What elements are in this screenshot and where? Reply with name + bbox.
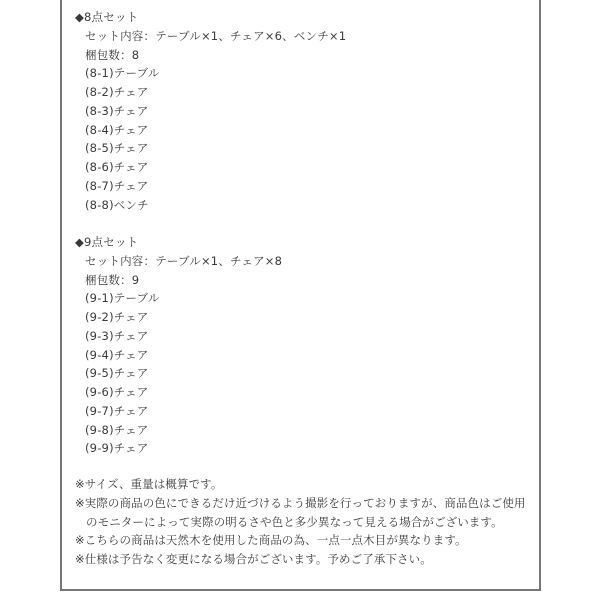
set-heading: ◆9点セット (75, 233, 535, 252)
note-size-weight: ※サイズ、重量は概算です。 (75, 475, 537, 494)
list-item: (9-1)テーブル (75, 289, 535, 308)
list-item: (9-2)チェア (75, 308, 535, 327)
set-contents: セット内容：テーブル×1、チェア×6、ベンチ×1 (75, 27, 535, 46)
list-item: (9-8)チェア (75, 421, 535, 440)
list-item: (9-5)チェア (75, 364, 535, 383)
list-item: (8-2)チェア (75, 83, 535, 102)
list-item: (8-1)テーブル (75, 64, 535, 83)
note-wood-grain: ※こちらの商品は天然木を使用した商品の為、一点一点木目が異なります。 (75, 531, 537, 550)
list-item: (8-8)ベンチ (75, 196, 535, 215)
list-item: (8-6)チェア (75, 158, 535, 177)
set-list: ◆8点セット セット内容：テーブル×1、チェア×6、ベンチ×1 梱包数：8 (8… (75, 8, 535, 458)
set-8: ◆8点セット セット内容：テーブル×1、チェア×6、ベンチ×1 梱包数：8 (8… (75, 8, 535, 214)
note-spec-change: ※仕様は予告なく変更になる場合がございます。予めご了承下さい。 (75, 550, 537, 569)
list-item: (9-4)チェア (75, 346, 535, 365)
list-item: (8-5)チェア (75, 139, 535, 158)
set-9: ◆9点セット セット内容：テーブル×1、チェア×8 梱包数：9 (9-1)テーブ… (75, 233, 535, 458)
set-contents: セット内容：テーブル×1、チェア×8 (75, 252, 535, 271)
list-item: (9-3)チェア (75, 327, 535, 346)
notes: ※サイズ、重量は概算です。 ※実際の商品の色にできるだけ近づけるよう撮影を行って… (75, 475, 537, 569)
note-color-continued: のモニターによって実際の明るさや色と多少異なって見える場合がございます。 (75, 513, 537, 532)
list-item: (9-6)チェア (75, 383, 535, 402)
set-heading: ◆8点セット (75, 8, 535, 27)
package-count: 梱包数：9 (75, 271, 535, 290)
list-item: (8-4)チェア (75, 121, 535, 140)
spacer (75, 214, 535, 233)
list-item: (8-7)チェア (75, 177, 535, 196)
list-item: (8-3)チェア (75, 102, 535, 121)
list-item: (9-9)チェア (75, 439, 535, 458)
note-color: ※実際の商品の色にできるだけ近づけるよう撮影を行っておりますが、商品色はご使用 (75, 494, 537, 513)
list-item: (9-7)チェア (75, 402, 535, 421)
package-count: 梱包数：8 (75, 46, 535, 65)
